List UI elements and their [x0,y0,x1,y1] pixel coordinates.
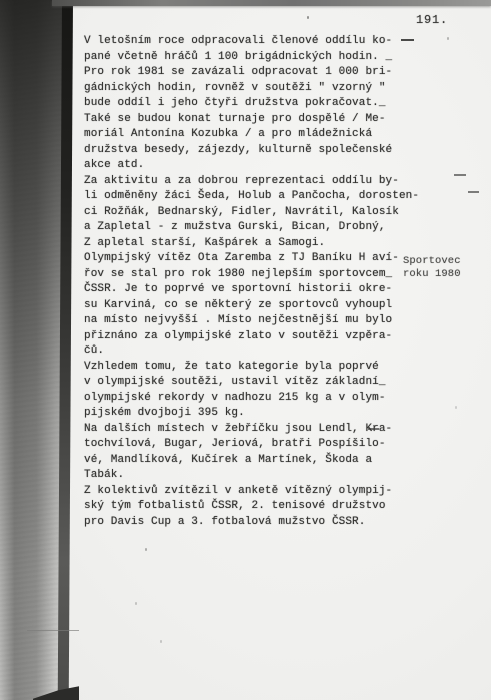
scan-hairline-artifact [27,630,79,631]
typewritten-body-text: V letošním roce odpracovali členové oddí… [84,34,484,530]
scan-gutter-shadow [0,0,66,700]
margin-note-line2: roku 1980 [403,268,461,281]
margin-note: Sportovec roku 1980 [403,255,461,281]
scan-top-edge [52,0,491,6]
margin-note-line1: Sportovec [403,255,461,268]
page-number: 191. [416,13,448,27]
scan-specks [307,16,309,19]
scanned-document-page: 191. V letošním roce odpracovali členové… [0,0,491,700]
